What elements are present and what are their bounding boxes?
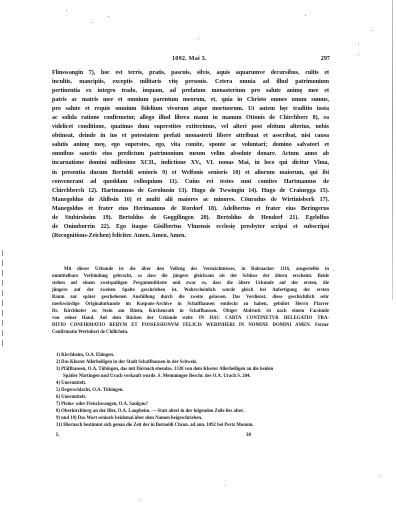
charter-line: de Stubirsheim 19). Bertoldus de Goggili… [52, 214, 329, 223]
footnote: 1) Kirchheim, O.A. Ehingen. [56, 352, 328, 359]
speck [225, 485, 226, 486]
commentary-line: unmittelbare Verbindung gebracht, so das… [52, 273, 329, 280]
footnote-text: Unermittelt. [61, 395, 86, 400]
speck [92, 22, 93, 23]
footnote: 5) Degerschlacht, O.A. Tübingen. [56, 387, 328, 394]
footnote-text: Kirchheim, O.A. Ehingen. [61, 353, 114, 358]
footnote-text: Pfäffhausen, O.A. Tübingen, das mit Dörn… [61, 367, 273, 372]
commentary-line: DITIO CONFIRMATIO RERVM ET POSSESSIONVM … [52, 322, 329, 329]
editorial-commentary: Mit dieser Urkunde ist die über den Voll… [52, 266, 329, 336]
speck [108, 16, 109, 17]
footnote-text: Unermittelt. [61, 381, 86, 386]
commentary-line: Raum zur später geschehenen Ausfüllung d… [52, 294, 329, 301]
running-head-date: 1092. Mai 3. [172, 55, 207, 62]
speck [358, 44, 359, 45]
charter-line: Flinswangin 7), hoc est terris, pratis, … [52, 69, 329, 78]
charter-line: Manegoldus et frater eius Herimannus de … [52, 205, 329, 214]
charter-line: videlicet conditione, quatinus dum super… [52, 123, 329, 132]
speck [380, 476, 381, 477]
speck [140, 500, 141, 501]
footnote: 3) Pfäffhausen, O.A. Tübingen, das mit D… [56, 366, 328, 373]
binding-edge [392, 0, 393, 300]
charter-line: convenerant ad quoddam colloquium 11). C… [52, 178, 329, 187]
speck [358, 54, 359, 55]
commentary-line: merkwürdige Originalurkunde im Kuspons-A… [52, 301, 329, 308]
commentary-line: Mit dieser Urkunde ist die über den Voll… [52, 266, 329, 273]
footnote: 6) Unermittelt. [56, 394, 328, 401]
footnote-text: Das Kloster Allerheiligen in der Stadt S… [61, 360, 197, 365]
commentary-line: jüngere auf der zweiten Spalte geschrieb… [52, 287, 329, 294]
signature-row: I. 38 [56, 433, 328, 441]
signature-mark: I. [56, 433, 59, 438]
commentary-line: Confirmatio Werinheri de Chillchein. [52, 329, 329, 336]
footnote: 4) Unermittelt. [56, 380, 328, 387]
document-page: 1092. Mai 3. 297 Flinswangin 7), hoc est… [0, 0, 396, 512]
footnotes: 1) Kirchheim, O.A. Ehingen.2) Das Kloste… [56, 352, 328, 429]
footnote: 2) Das Kloster Allerheiligen in der Stad… [56, 359, 328, 366]
charter-line: salutis animę meę, ego superstes, ego, v… [52, 141, 329, 150]
speck [66, 10, 67, 11]
charter-line: Manegoldus de Ahlbsin 16) et multi alii … [52, 196, 329, 205]
charter-line: obtineat, deinde in ius et potestatem pr… [52, 132, 329, 141]
speck [372, 30, 373, 31]
charter-line: ac solida ratione confirmetur, allego il… [52, 114, 329, 123]
footnote: 11) Hiernach bestimmt sich genau die Zei… [56, 422, 328, 429]
speck [305, 15, 306, 16]
charter-line: incultis, mancipiis, exceptis militaris … [52, 78, 329, 87]
footnote-text: Spätler Nürtingen und Urach verkauft wur… [63, 374, 251, 379]
charter-line: pro salute et requie omnium fidelium viv… [52, 105, 329, 114]
commentary-line: Dr. Kirchhofer zu Stein am Rhein, Kirche… [52, 308, 329, 315]
charter-line: patris ac matris mee et omnium parentum … [52, 96, 329, 105]
footnote-text: Degerschlacht, O.A. Tübingen. [61, 388, 123, 393]
charter-line: in presentia ducum Bertoldi senioris 9) … [52, 169, 329, 178]
charter-line: Chirchberch 12). Hartmannus de Gerohusin… [52, 187, 329, 196]
charter-line: pertinentia ex integro trado, inquam, ad… [52, 87, 329, 96]
footnote: 7) Pleins- oder Fleischwangen, O.A. Saul… [56, 401, 328, 408]
speck [198, 38, 199, 39]
footnote: 9) und 10) Das Wort senioris beidemal üb… [56, 415, 328, 422]
running-head: 1092. Mai 3. 297 [52, 55, 330, 65]
charter-line: de Onimborrin 22). Ego itaque Gisilbertu… [52, 223, 329, 232]
footnote-text: Pleins- oder Fleischwangen, O.A. Saulgau… [61, 402, 148, 407]
footnote-text: Hiernach bestimmt sich genau die Zeit de… [63, 423, 253, 428]
page-edge-shadow [2, 250, 3, 350]
footnote-text: Oberkirchberg an der Iller, O.A. Lauphei… [61, 409, 244, 414]
footnote: Spätler Nürtingen und Urach verkauft wur… [56, 373, 328, 380]
speck [333, 270, 334, 271]
commentary-line: stehen auf einem zweispaltigen Pergament… [52, 280, 329, 287]
sheet-number: 38 [246, 433, 251, 438]
footnote-text: und 10) Das Wort senioris beidemal über … [61, 416, 202, 421]
charter-line: (Recognitions-Zeichen) feliciter. Amen. … [52, 232, 329, 241]
page-number: 297 [321, 55, 330, 62]
charter-text: Flinswangin 7), hoc est terris, pratis, … [52, 69, 329, 241]
charter-line: incarnatione domini millesimo XCII., ind… [52, 159, 329, 168]
commentary-line: von seiner Hand. Auf dem Rücken der Urku… [52, 315, 329, 322]
charter-line: omnibus sanctis eius predictum patrimoni… [52, 150, 329, 159]
footnote: 8) Oberkirchberg an der Iller, O.A. Laup… [56, 408, 328, 415]
